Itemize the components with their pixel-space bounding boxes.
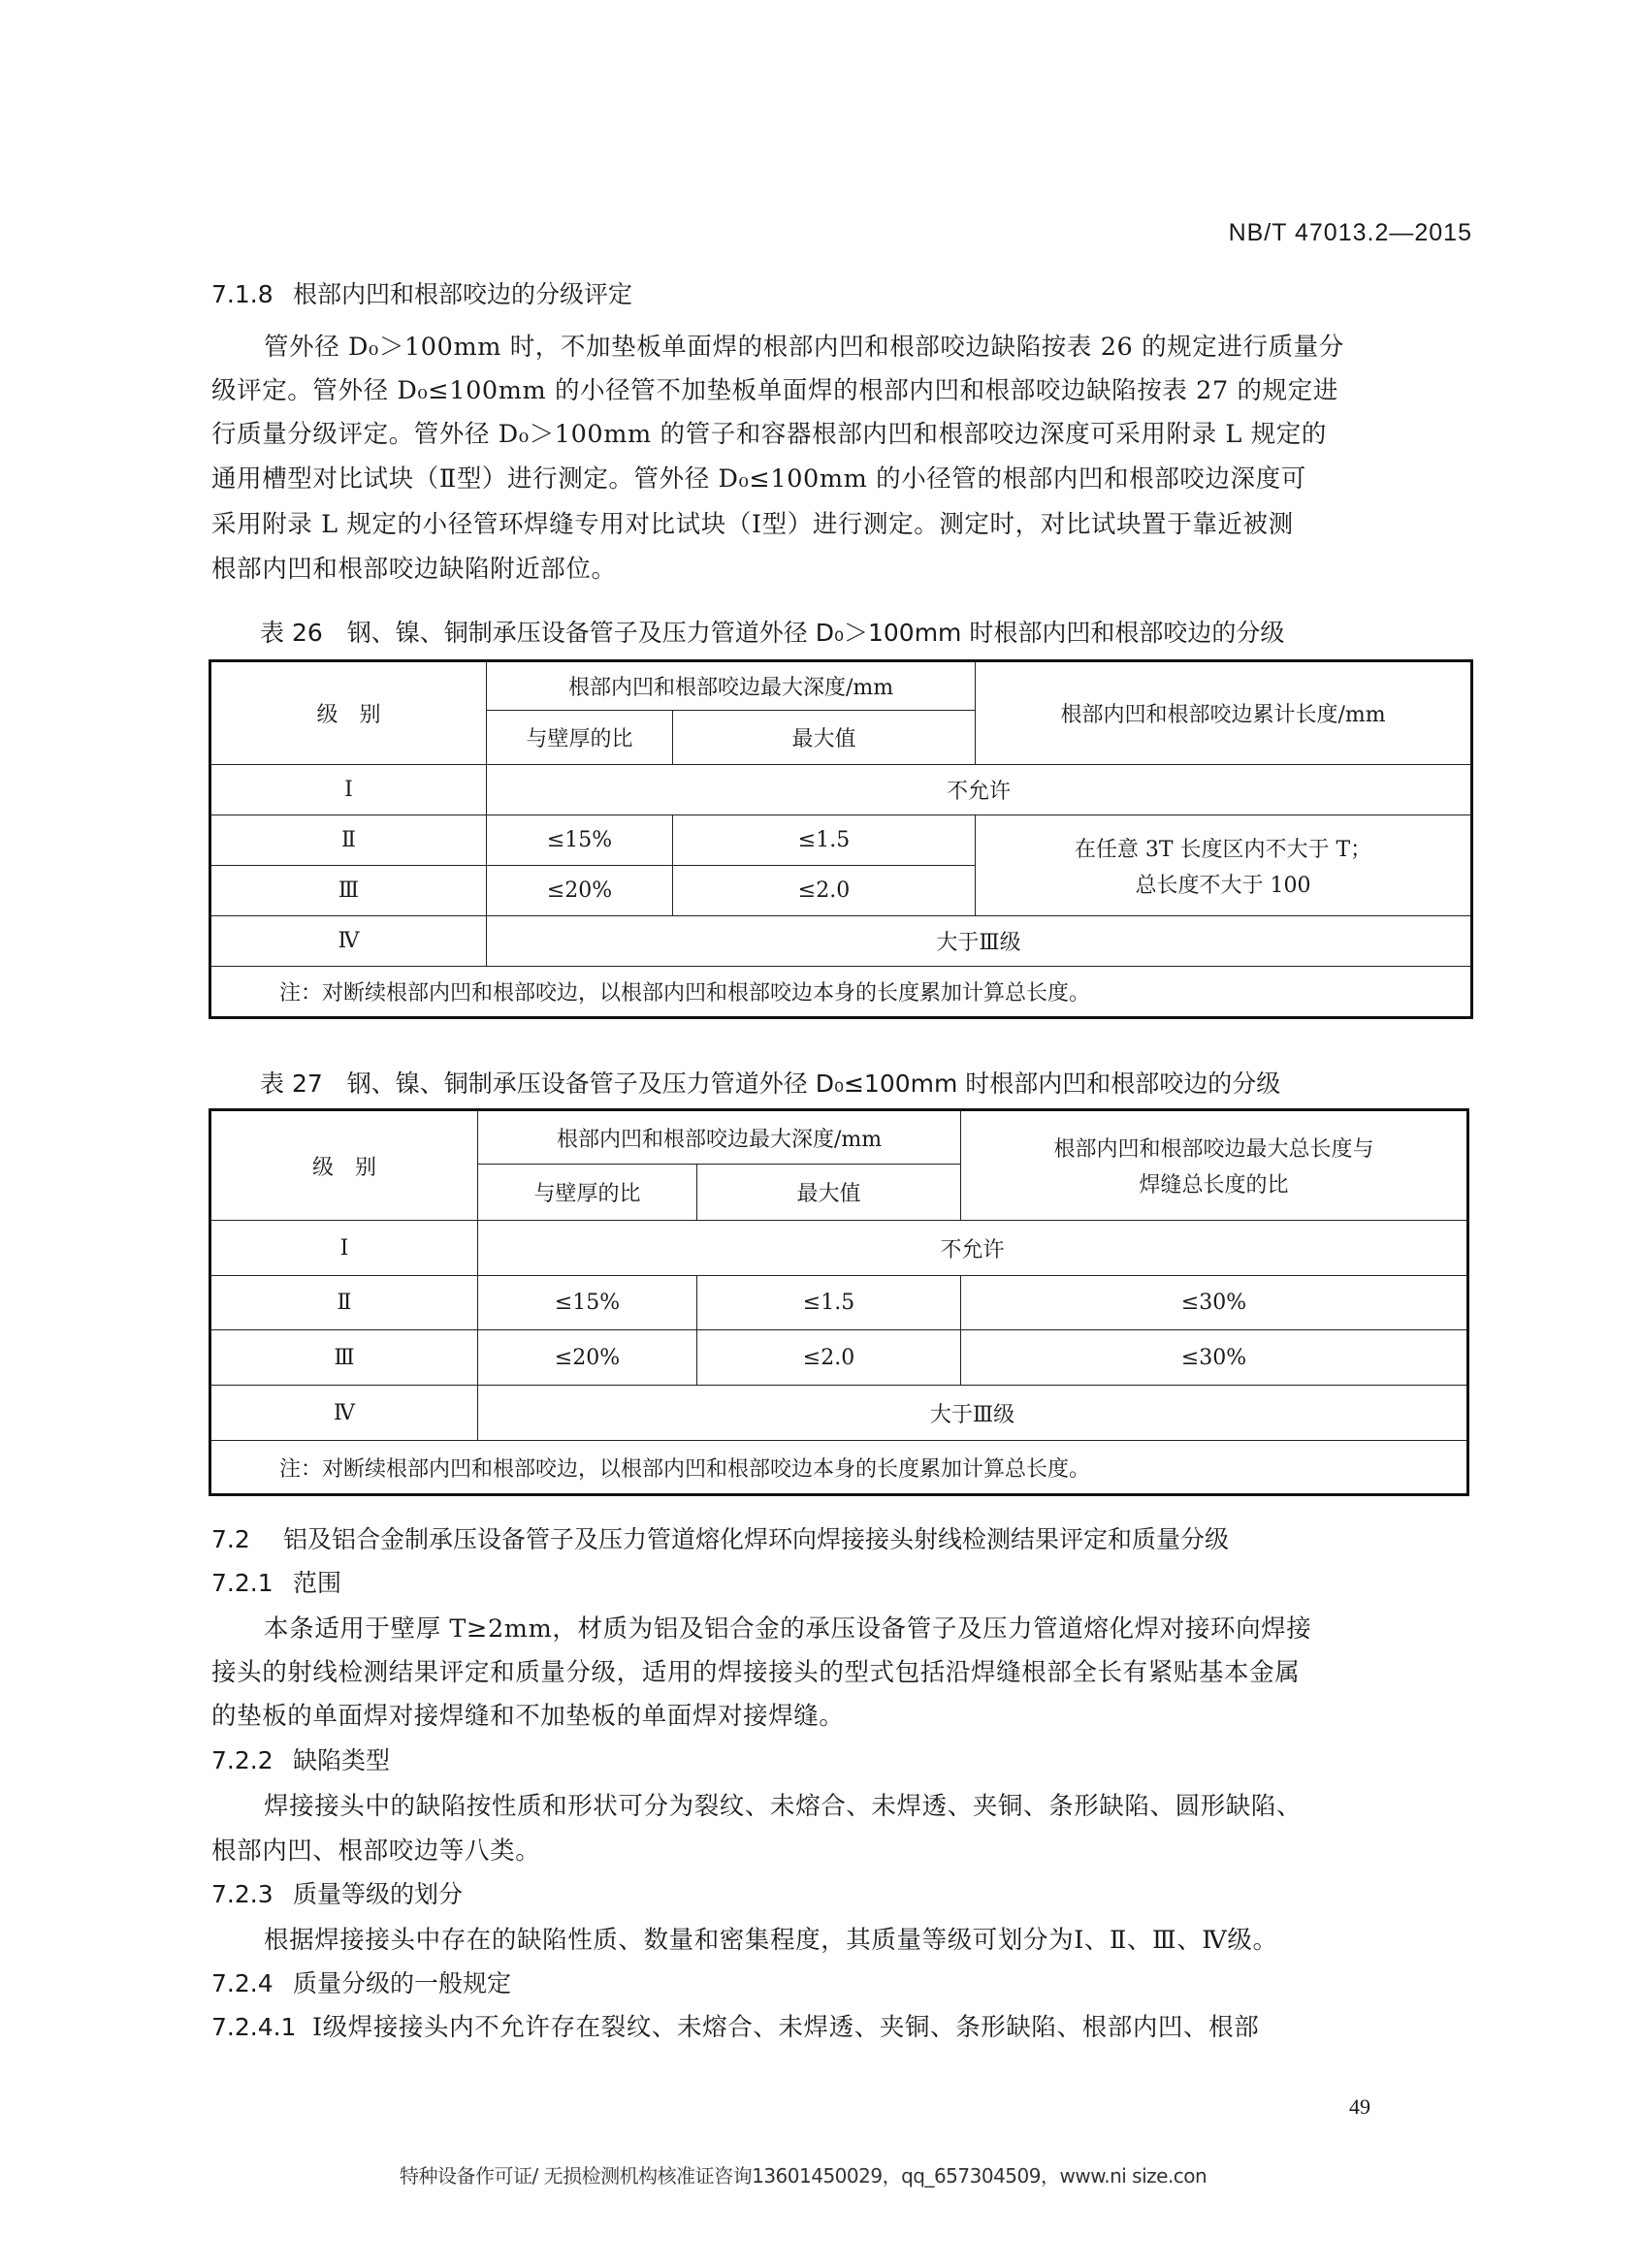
page-number: 49 [1349, 2094, 1370, 2120]
table-row: Ⅱ ≤15% ≤1.5 在任意 3T 长度区内不大于 T； 总长度不大于 100 [210, 815, 1472, 866]
header-length-line: 焊缝总长度的比 [961, 1168, 1466, 1198]
length-line: 在任意 3T 长度区内不大于 T； [976, 833, 1470, 863]
max-cell: ≤1.5 [697, 1276, 961, 1330]
section-number: 7.1.8 [211, 280, 285, 308]
section-number: 7.2.3 [211, 1880, 285, 1908]
merged-cell: 不允许 [478, 1221, 1468, 1276]
ratio-cell: ≤15% [478, 1276, 697, 1330]
grade-cell: Ⅰ [210, 1221, 478, 1276]
table-note: 注：对断续根部内凹和根部咬边，以根部内凹和根部咬边本身的长度累加计算总长度。 [210, 1441, 1468, 1495]
section-title: 根部内凹和根部咬边的分级评定 [293, 280, 632, 308]
grade-cell: Ⅳ [210, 1386, 478, 1441]
header-depth: 根部内凹和根部咬边最大深度/mm [487, 661, 976, 711]
paragraph-line: 通用槽型对比试块（Ⅱ型）进行测定。管外径 D₀≤100mm 的小径管的根部内凹和… [211, 460, 1306, 495]
section-heading-7-2-4: 7.2.4 质量分级的一般规定 [211, 1965, 511, 1999]
table-note-row: 注：对断续根部内凹和根部咬边，以根部内凹和根部咬边本身的长度累加计算总长度。 [210, 1441, 1468, 1495]
ratio-cell: ≤15% [487, 815, 673, 866]
section-number: 7.2.4 [211, 1969, 285, 1997]
paragraph-line: 根部内凹、根部咬边等八类。 [211, 1832, 540, 1867]
section-title: 铝及铝合金制承压设备管子及压力管道熔化焊环向焊接接头射线检测结果评定和质量分级 [283, 1525, 1229, 1553]
section-heading-7-2-2: 7.2.2 缺陷类型 [211, 1741, 390, 1776]
table-27: 级 别 根部内凹和根部咬边最大深度/mm 根部内凹和根部咬边最大总长度与 焊缝总… [209, 1108, 1469, 1496]
ratio-cell: ≤20% [487, 866, 673, 916]
grade-cell: Ⅱ [210, 1276, 478, 1330]
section-title: 缺陷类型 [293, 1746, 390, 1774]
header-max: 最大值 [673, 711, 976, 765]
table-row: Ⅳ 大于Ⅲ级 [210, 916, 1472, 967]
table-row: Ⅳ 大于Ⅲ级 [210, 1386, 1468, 1441]
length-cell: ≤30% [961, 1330, 1468, 1386]
section-number: 7.2.2 [211, 1746, 285, 1774]
section-number: 7.2.4.1 [211, 2013, 305, 2041]
length-cell: ≤30% [961, 1276, 1468, 1330]
merged-cell: 大于Ⅲ级 [487, 916, 1472, 967]
paragraph-line: 本条适用于壁厚 T≥2mm，材质为铝及铝合金的承压设备管子及压力管道熔化焊对接环… [264, 1610, 1311, 1645]
section-title: 质量分级的一般规定 [293, 1969, 511, 1997]
paragraph-line: 焊接接头中的缺陷按性质和形状可分为裂纹、未熔合、未焊透、夹铜、条形缺陷、圆形缺陷… [264, 1787, 1302, 1822]
paragraph-line: 根据焊接接头中存在的缺陷性质、数量和密集程度，其质量等级可划分为Ⅰ、Ⅱ、Ⅲ、Ⅳ级… [264, 1921, 1278, 1956]
merged-cell: 不允许 [487, 765, 1472, 815]
section-number: 7.2 [211, 1525, 275, 1553]
grade-cell: Ⅳ [210, 916, 487, 967]
header-grade: 级 别 [210, 661, 487, 765]
length-line: 总长度不大于 100 [976, 869, 1470, 899]
max-cell: ≤1.5 [673, 815, 976, 866]
table-note: 注：对断续根部内凹和根部咬边，以根部内凹和根部咬边本身的长度累加计算总长度。 [210, 967, 1472, 1018]
section-title: 范围 [293, 1569, 341, 1597]
grade-cell: Ⅱ [210, 815, 487, 866]
table-27-caption: 表 27 钢、镍、铜制承压设备管子及压力管道外径 D₀≤100mm 时根部内凹和… [260, 1065, 1280, 1100]
table-row: Ⅰ 不允许 [210, 1221, 1468, 1276]
grade-cell: Ⅲ [210, 866, 487, 916]
header-length: 根部内凹和根部咬边最大总长度与 焊缝总长度的比 [961, 1110, 1468, 1221]
length-cell: 在任意 3T 长度区内不大于 T； 总长度不大于 100 [976, 815, 1472, 916]
paragraph-line: 的垫板的单面焊对接焊缝和不加垫板的单面焊对接焊缝。 [211, 1697, 845, 1732]
table-note-row: 注：对断续根部内凹和根部咬边，以根部内凹和根部咬边本身的长度累加计算总长度。 [210, 967, 1472, 1018]
standard-code: NB/T 47013.2—2015 [1229, 219, 1472, 247]
max-cell: ≤2.0 [673, 866, 976, 916]
header-depth: 根部内凹和根部咬边最大深度/mm [478, 1110, 961, 1165]
header-length: 根部内凹和根部咬边累计长度/mm [976, 661, 1472, 765]
section-heading-7-2: 7.2 铝及铝合金制承压设备管子及压力管道熔化焊环向焊接接头射线检测结果评定和质… [211, 1520, 1229, 1555]
table-26-caption: 表 26 钢、镍、铜制承压设备管子及压力管道外径 D₀＞100mm 时根部内凹和… [260, 614, 1284, 649]
paragraph-line: 采用附录 L 规定的小径管环焊缝专用对比试块（Ⅰ型）进行测定。测定时，对比试块置… [211, 505, 1294, 540]
section-title: 质量等级的划分 [293, 1880, 463, 1908]
paragraph-line: 行质量分级评定。管外径 D₀＞100mm 的管子和容器根部内凹和根部咬边深度可采… [211, 415, 1327, 450]
grade-cell: Ⅰ [210, 765, 487, 815]
paragraph-line: 级评定。管外径 D₀≤100mm 的小径管不加垫板单面焊的根部内凹和根部咬边缺陷… [211, 371, 1338, 406]
table-row: Ⅲ ≤20% ≤2.0 ≤30% [210, 1330, 1468, 1386]
paragraph-line: 接头的射线检测结果评定和质量分级，适用的焊接接头的型式包括沿焊缝根部全长有紧贴基… [211, 1653, 1300, 1688]
table-row: Ⅱ ≤15% ≤1.5 ≤30% [210, 1276, 1468, 1330]
table-26: 级 别 根部内凹和根部咬边最大深度/mm 根部内凹和根部咬边累计长度/mm 与壁… [209, 659, 1473, 1019]
header-max: 最大值 [697, 1165, 961, 1221]
section-heading-7-2-1: 7.2.1 范围 [211, 1564, 341, 1599]
grade-cell: Ⅲ [210, 1330, 478, 1386]
ratio-cell: ≤20% [478, 1330, 697, 1386]
max-cell: ≤2.0 [697, 1330, 961, 1386]
section-heading-7-1-8: 7.1.8 根部内凹和根部咬边的分级评定 [211, 275, 632, 310]
section-text: Ⅰ级焊接接头内不允许存在裂纹、未熔合、未焊透、夹铜、条形缺陷、根部内凹、根部 [312, 2013, 1259, 2042]
merged-cell: 大于Ⅲ级 [478, 1386, 1468, 1441]
header-ratio: 与壁厚的比 [478, 1165, 697, 1221]
table-row: Ⅰ 不允许 [210, 765, 1472, 815]
header-grade: 级 别 [210, 1110, 478, 1221]
section-number: 7.2.1 [211, 1569, 285, 1597]
section-heading-7-2-3: 7.2.3 质量等级的划分 [211, 1875, 463, 1910]
footer-watermark: 特种设备作可证/ 无损检测机构核准证咨询13601450029，qq_65730… [400, 2160, 1207, 2188]
paragraph-line: 管外径 D₀＞100mm 时，不加垫板单面焊的根部内凹和根部咬边缺陷按表 26 … [264, 328, 1344, 363]
header-ratio: 与壁厚的比 [487, 711, 673, 765]
paragraph-line: 根部内凹和根部咬边缺陷附近部位。 [211, 550, 617, 585]
section-heading-7-2-4-1: 7.2.4.1 Ⅰ级焊接接头内不允许存在裂纹、未熔合、未焊透、夹铜、条形缺陷、根… [211, 2008, 1259, 2043]
header-length-line: 根部内凹和根部咬边最大总长度与 [961, 1133, 1466, 1163]
